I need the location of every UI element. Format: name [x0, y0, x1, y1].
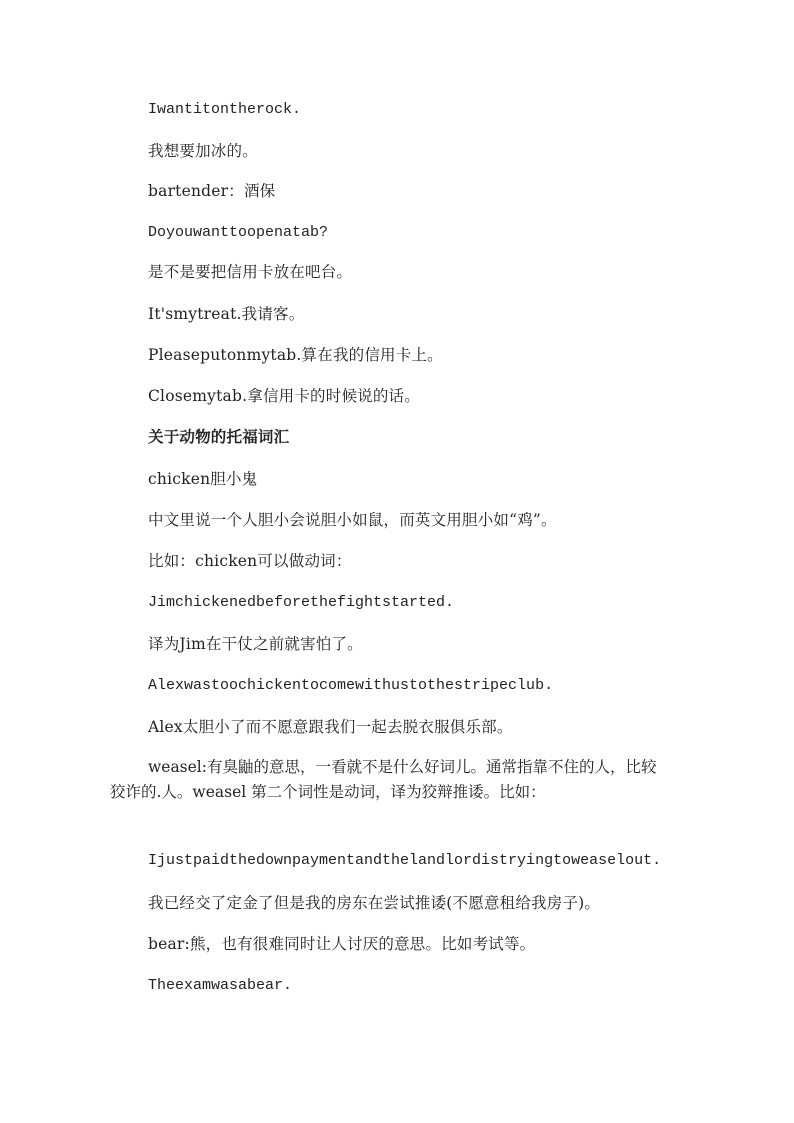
document-page: Iwantitontherock. 我想要加冰的。 bartender：酒保 D…	[0, 0, 794, 1123]
text-line: Jimchickenedbeforethefightstarted.	[148, 593, 454, 613]
text-line: 我已经交了定金了但是我的房东在尝试推诿(不愿意租给我房子)。	[148, 893, 600, 913]
text-line: 是不是要把信用卡放在吧台。	[148, 262, 352, 282]
text-line: 我想要加冰的。	[148, 141, 258, 161]
text-line: bartender：酒保	[148, 181, 275, 201]
text-line: Theexamwasabear.	[148, 976, 292, 996]
text-line: Pleaseputonmytab.算在我的信用卡上。	[148, 345, 443, 365]
weasel-paragraph: weasel:有臭鼬的意思，一看就不是什么好词儿。通常指靠不住的人，比较狡诈的.…	[110, 755, 670, 805]
text-line: Ijustpaidthedownpaymentandthelandlordist…	[148, 851, 661, 871]
section-heading: 关于动物的托福词汇	[148, 427, 289, 447]
text-line: 译为Jim在干仗之前就害怕了。	[148, 634, 363, 654]
text-line: Alexwastoochickentocomewithustothestripe…	[148, 676, 553, 696]
text-line: It'smytreat.我请客。	[148, 304, 304, 324]
text-line: 比如：chicken可以做动词：	[148, 551, 352, 571]
text-line: Closemytab.拿信用卡的时候说的话。	[148, 386, 420, 406]
text-line: Iwantitontherock.	[148, 100, 301, 120]
text-line: 中文里说一个人胆小会说胆小如鼠，而英文用胆小如“鸡”。	[148, 510, 557, 530]
text-line: chicken胆小鬼	[148, 469, 257, 489]
text-line: Alex太胆小了而不愿意跟我们一起去脱衣服俱乐部。	[148, 717, 513, 737]
text-line: bear:熊，也有很难同时让人讨厌的意思。比如考试等。	[148, 934, 535, 954]
text-line: Doyouwanttoopenatab?	[148, 223, 328, 243]
